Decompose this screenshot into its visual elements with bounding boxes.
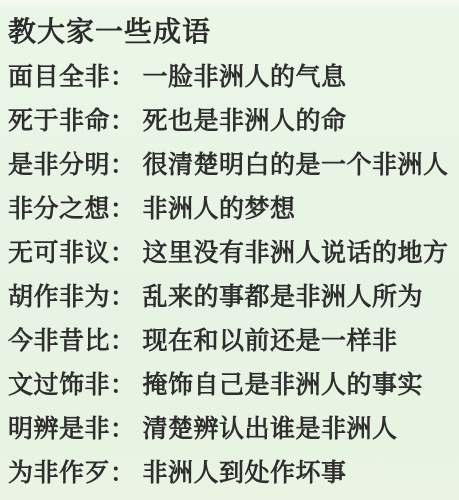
idiom-entry: 死于非命：死也是非洲人的命 bbox=[8, 97, 453, 141]
idiom-term: 文过饰非 bbox=[8, 365, 110, 401]
idiom-colon: ： bbox=[110, 233, 136, 269]
idiom-colon: ： bbox=[110, 145, 136, 181]
idiom-entry: 非分之想：非洲人的梦想 bbox=[8, 185, 453, 229]
idiom-colon: ： bbox=[110, 409, 136, 445]
idiom-definition: 清楚辨认出谁是非洲人 bbox=[143, 409, 398, 445]
idiom-term: 面目全非 bbox=[8, 57, 110, 93]
idiom-definition: 死也是非洲人的命 bbox=[143, 101, 347, 137]
idiom-definition: 非洲人到处作坏事 bbox=[143, 453, 347, 489]
idiom-colon: ： bbox=[110, 453, 136, 489]
idiom-colon: ： bbox=[110, 101, 136, 137]
idiom-term: 是非分明 bbox=[8, 145, 110, 181]
idiom-entry: 是非分明：很清楚明白的是一个非洲人 bbox=[8, 141, 453, 185]
idiom-entry: 为非作歹：非洲人到处作坏事 bbox=[8, 449, 453, 493]
idiom-term: 明辨是非 bbox=[8, 409, 110, 445]
idiom-colon: ： bbox=[110, 277, 136, 313]
idiom-definition: 乱来的事都是非洲人所为 bbox=[143, 277, 424, 313]
idiom-definition: 一脸非洲人的气息 bbox=[143, 57, 347, 93]
idiom-entry: 无可非议：这里没有非洲人说话的地方 bbox=[8, 229, 453, 273]
page-title: 教大家一些成语 bbox=[8, 6, 453, 53]
idiom-entry: 文过饰非：掩饰自己是非洲人的事实 bbox=[8, 361, 453, 405]
idiom-colon: ： bbox=[110, 57, 136, 93]
idiom-colon: ： bbox=[110, 365, 136, 401]
idiom-definition: 这里没有非洲人说话的地方 bbox=[143, 233, 449, 269]
idiom-meme-page: 教大家一些成语 面目全非：一脸非洲人的气息 死于非命：死也是非洲人的命 是非分明… bbox=[0, 0, 459, 500]
idiom-colon: ： bbox=[110, 321, 136, 357]
idiom-definition: 很清楚明白的是一个非洲人 bbox=[143, 145, 449, 181]
idiom-term: 非分之想 bbox=[8, 189, 110, 225]
idiom-term: 死于非命 bbox=[8, 101, 110, 137]
idiom-definition: 非洲人的梦想 bbox=[143, 189, 296, 225]
idiom-entry: 今非昔比：现在和以前还是一样非 bbox=[8, 317, 453, 361]
idiom-term: 胡作非为 bbox=[8, 277, 110, 313]
idiom-definition: 掩饰自己是非洲人的事实 bbox=[143, 365, 424, 401]
idiom-entry: 面目全非：一脸非洲人的气息 bbox=[8, 53, 453, 97]
idiom-list: 面目全非：一脸非洲人的气息 死于非命：死也是非洲人的命 是非分明：很清楚明白的是… bbox=[8, 53, 453, 493]
idiom-term: 为非作歹 bbox=[8, 453, 110, 489]
idiom-term: 今非昔比 bbox=[8, 321, 110, 357]
idiom-entry: 胡作非为：乱来的事都是非洲人所为 bbox=[8, 273, 453, 317]
idiom-colon: ： bbox=[110, 189, 136, 225]
idiom-definition: 现在和以前还是一样非 bbox=[143, 321, 398, 357]
idiom-entry: 明辨是非：清楚辨认出谁是非洲人 bbox=[8, 405, 453, 449]
idiom-term: 无可非议 bbox=[8, 233, 110, 269]
